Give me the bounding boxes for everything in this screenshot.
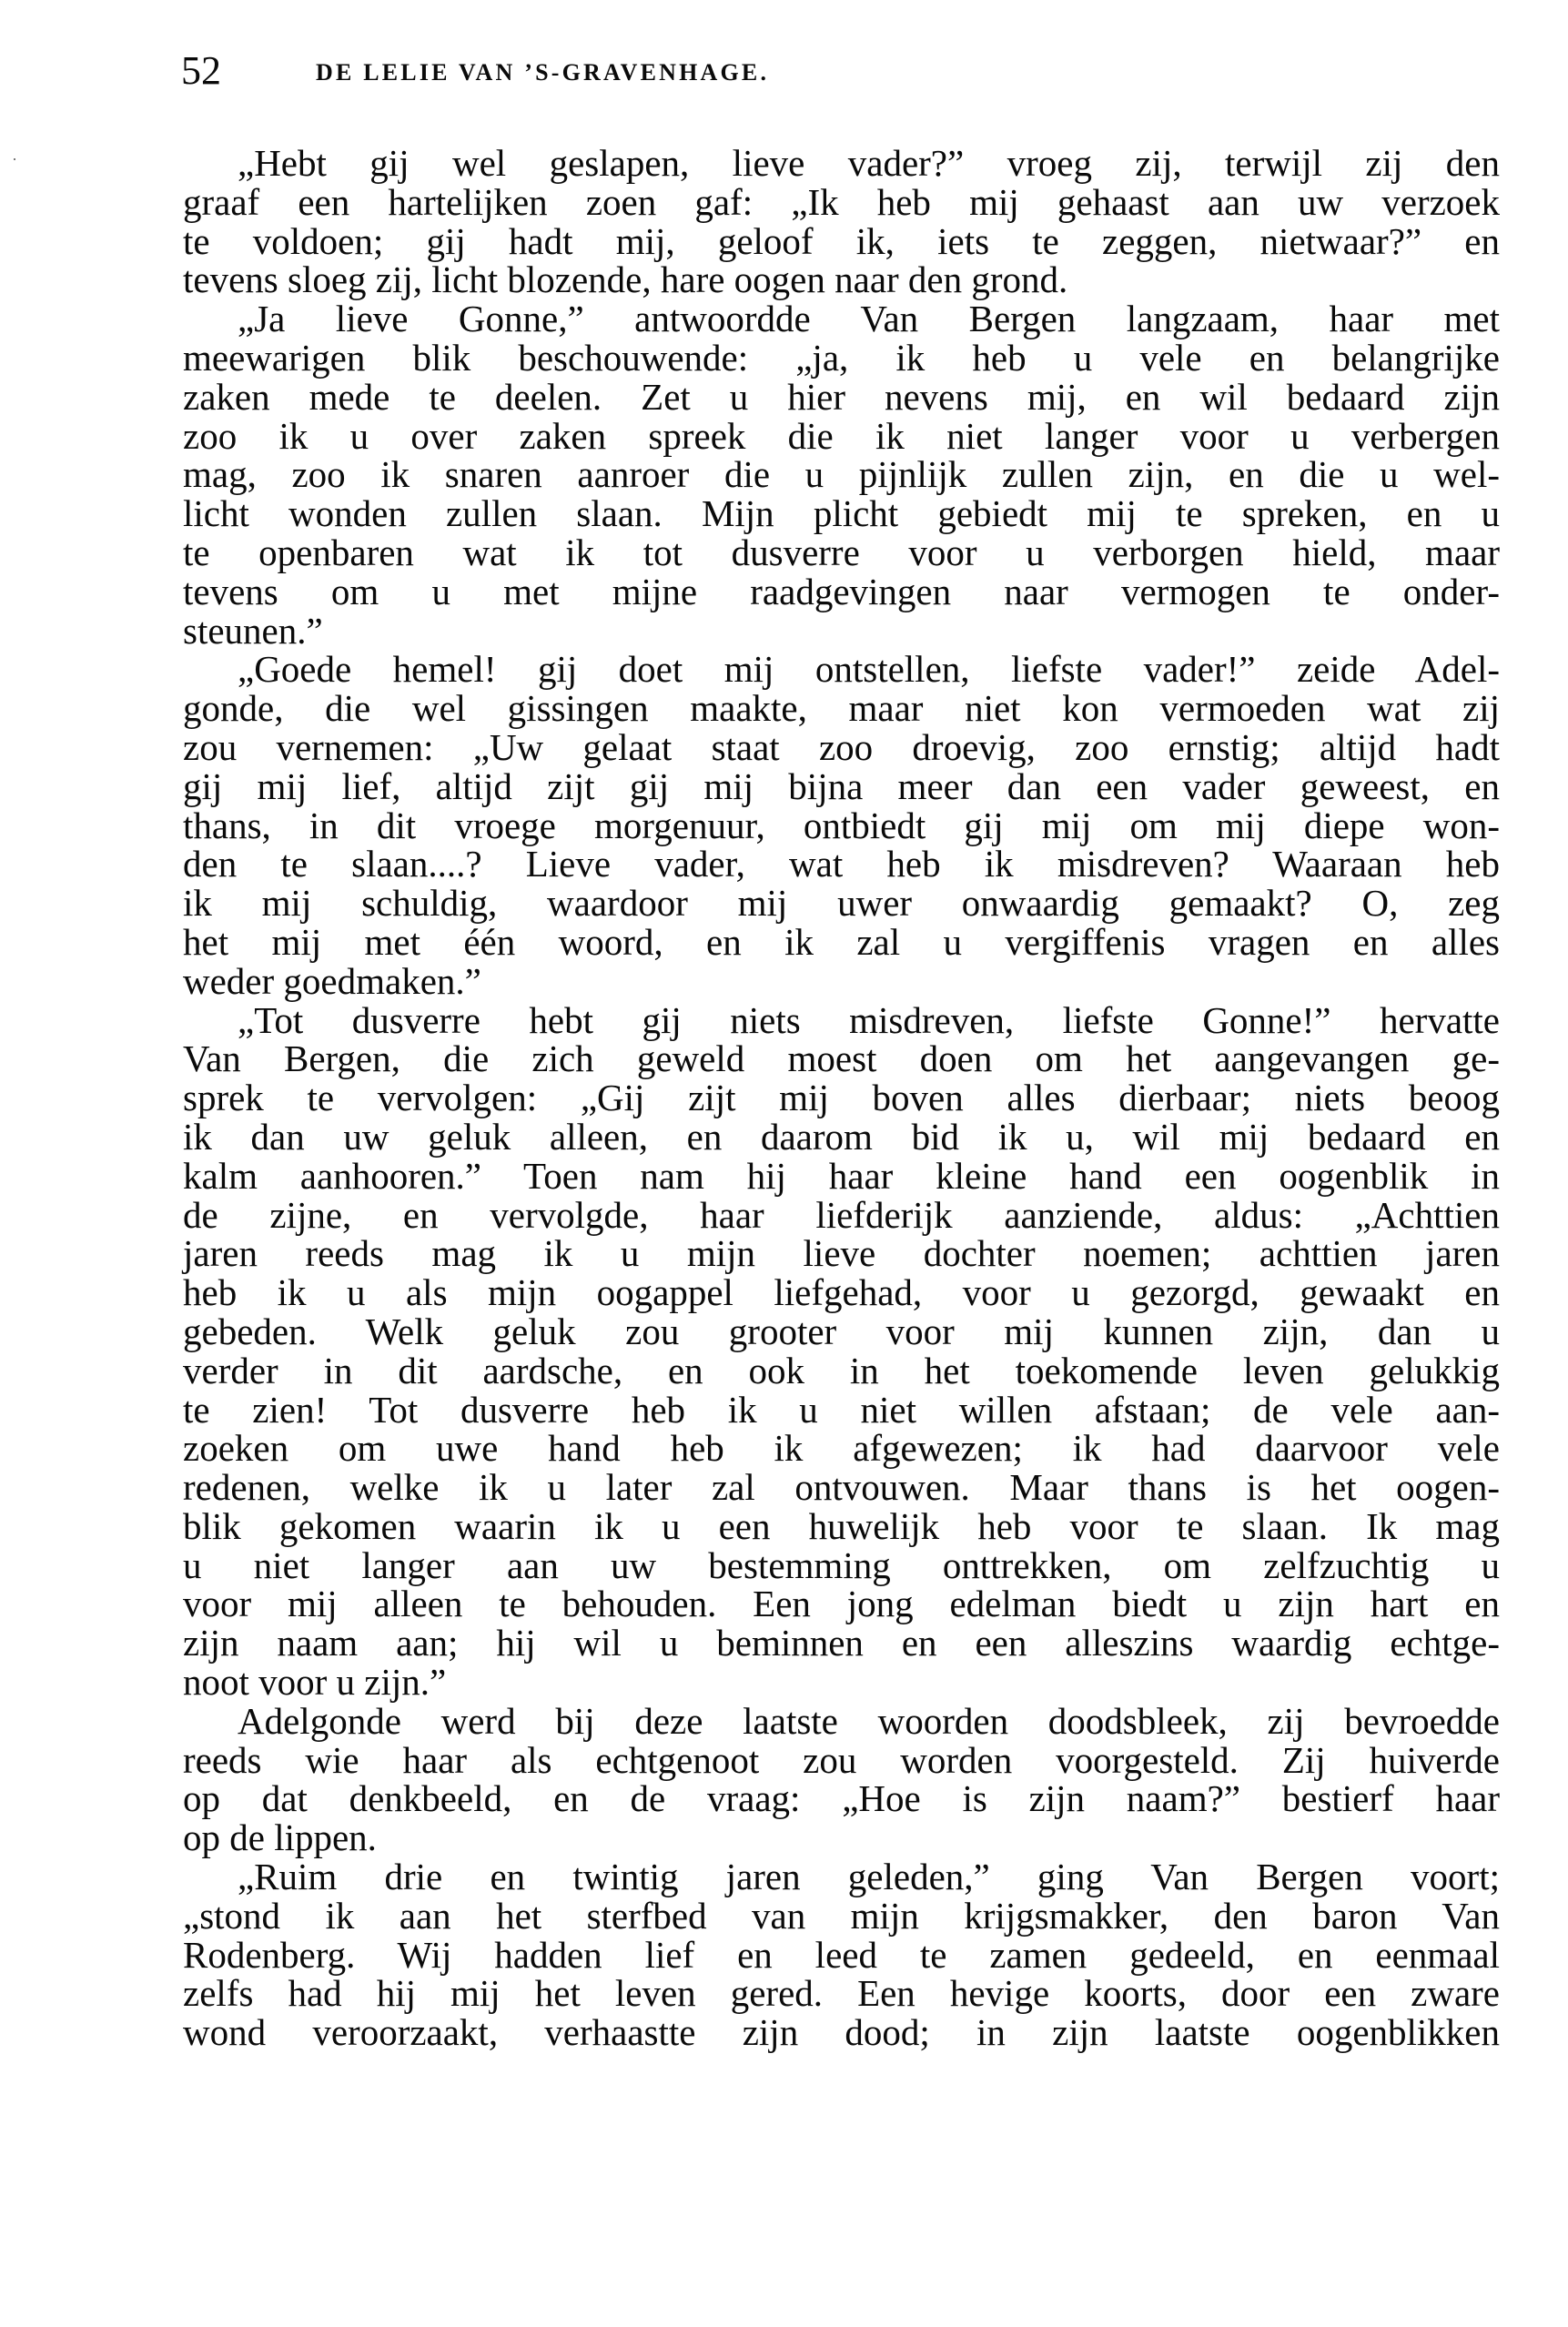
running-head: DE LELIE VAN ’S-GRAVENHAGE. xyxy=(316,59,769,86)
text-line: de zijne, en vervolgde, haar liefderijk … xyxy=(183,1196,1500,1235)
text-line: het mij met één woord, en ik zal u vergi… xyxy=(183,923,1500,962)
text-line: gij mij lief, altijd zijt gij mij bijna … xyxy=(183,767,1500,806)
page-number: 52 xyxy=(181,49,221,93)
text-line: heb ik u als mijn oogappel liefgehad, vo… xyxy=(183,1273,1500,1312)
text-line: wond veroorzaakt, verhaastte zijn dood; … xyxy=(183,2013,1500,2052)
text-line: „stond ik aan het sterfbed van mijn krij… xyxy=(183,1897,1500,1936)
text-line: thans, in dit vroege morgenuur, ontbiedt… xyxy=(183,806,1500,845)
text-line: zelfs had hij mij het leven gered. Een h… xyxy=(183,1974,1500,2013)
text-line: weder goedmaken.” xyxy=(183,962,1500,1001)
text-line: ik mij schuldig, waardoor mij uwer onwaa… xyxy=(183,884,1500,923)
text-line: blik gekomen waarin ik u een huwelijk he… xyxy=(183,1507,1500,1546)
text-line: verder in dit aardsche, en ook in het to… xyxy=(183,1351,1500,1391)
text-line: den te slaan....? Lieve vader, wat heb i… xyxy=(183,845,1500,884)
text-line: Van Bergen, die zich geweld moest doen o… xyxy=(183,1039,1500,1078)
paragraph-first-line: „Goede hemel! gij doet mij ontstellen, l… xyxy=(183,650,1500,689)
text-line: zou vernemen: „Uw gelaat staat zoo droev… xyxy=(183,728,1500,767)
text-line: mag, zoo ik snaren aanroer die u pijnlij… xyxy=(183,455,1500,494)
text-line: op de lippen. xyxy=(183,1818,1500,1857)
paragraph-first-line: Adelgonde werd bij deze laatste woorden … xyxy=(183,1702,1500,1741)
paragraph-first-line: „Tot dusverre hebt gij niets misdreven, … xyxy=(183,1001,1500,1040)
text-line: steunen.” xyxy=(183,612,1500,651)
text-line: zoo ik u over zaken spreek die ik niet l… xyxy=(183,417,1500,456)
text-line: voor mij alleen te behouden. Een jong ed… xyxy=(183,1584,1500,1624)
text-line: u niet langer aan uw bestemming onttrekk… xyxy=(183,1546,1500,1585)
text-line: op dat denkbeeld, en de vraag: „Hoe is z… xyxy=(183,1779,1500,1818)
scan-speck xyxy=(14,158,15,160)
text-line: sprek te vervolgen: „Gij zijt mij boven … xyxy=(183,1078,1500,1118)
paragraph-first-line: „Ja lieve Gonne,” antwoordde Van Bergen … xyxy=(183,299,1500,339)
text-line: jaren reeds mag ik u mijn lieve dochter … xyxy=(183,1234,1500,1273)
text-line: gebeden. Welk geluk zou grooter voor mij… xyxy=(183,1312,1500,1351)
text-line: redenen, welke ik u later zal ontvouwen.… xyxy=(183,1468,1500,1507)
text-line: licht wonden zullen slaan. Mijn plicht g… xyxy=(183,494,1500,533)
text-line: te zien! Tot dusverre heb ik u niet will… xyxy=(183,1391,1500,1430)
text-line: te openbaren wat ik tot dusverre voor u … xyxy=(183,533,1500,572)
text-line: zoeken om uwe hand heb ik afgewezen; ik … xyxy=(183,1429,1500,1468)
text-line: zijn naam aan; hij wil u beminnen en een… xyxy=(183,1624,1500,1663)
body-text: „Hebt gij wel geslapen, lieve vader?” vr… xyxy=(183,144,1500,2052)
text-line: tevens om u met mijne raadgevingen naar … xyxy=(183,572,1500,612)
text-line: tevens sloeg zij, licht blozende, hare o… xyxy=(183,260,1500,299)
text-line: graaf een hartelijken zoen gaf: „Ik heb … xyxy=(183,183,1500,222)
text-line: zaken mede te deelen. Zet u hier nevens … xyxy=(183,378,1500,417)
paragraph-first-line: „Hebt gij wel geslapen, lieve vader?” vr… xyxy=(183,144,1500,183)
text-line: kalm aanhooren.” Toen nam hij haar klein… xyxy=(183,1157,1500,1196)
book-page: 52 DE LELIE VAN ’S-GRAVENHAGE. „Hebt gij… xyxy=(0,0,1568,2327)
text-line: reeds wie haar als echtgenoot zou worden… xyxy=(183,1741,1500,1780)
text-line: meewarigen blik beschouwende: „ja, ik he… xyxy=(183,339,1500,378)
text-line: ik dan uw geluk alleen, en daarom bid ik… xyxy=(183,1118,1500,1157)
text-line: Rodenberg. Wij hadden lief en leed te za… xyxy=(183,1936,1500,1975)
text-line: gonde, die wel gissingen maakte, maar ni… xyxy=(183,689,1500,728)
text-line: te voldoen; gij hadt mij, geloof ik, iet… xyxy=(183,222,1500,261)
text-line: noot voor u zijn.” xyxy=(183,1663,1500,1702)
paragraph-first-line: „Ruim drie en twintig jaren geleden,” gi… xyxy=(183,1857,1500,1897)
